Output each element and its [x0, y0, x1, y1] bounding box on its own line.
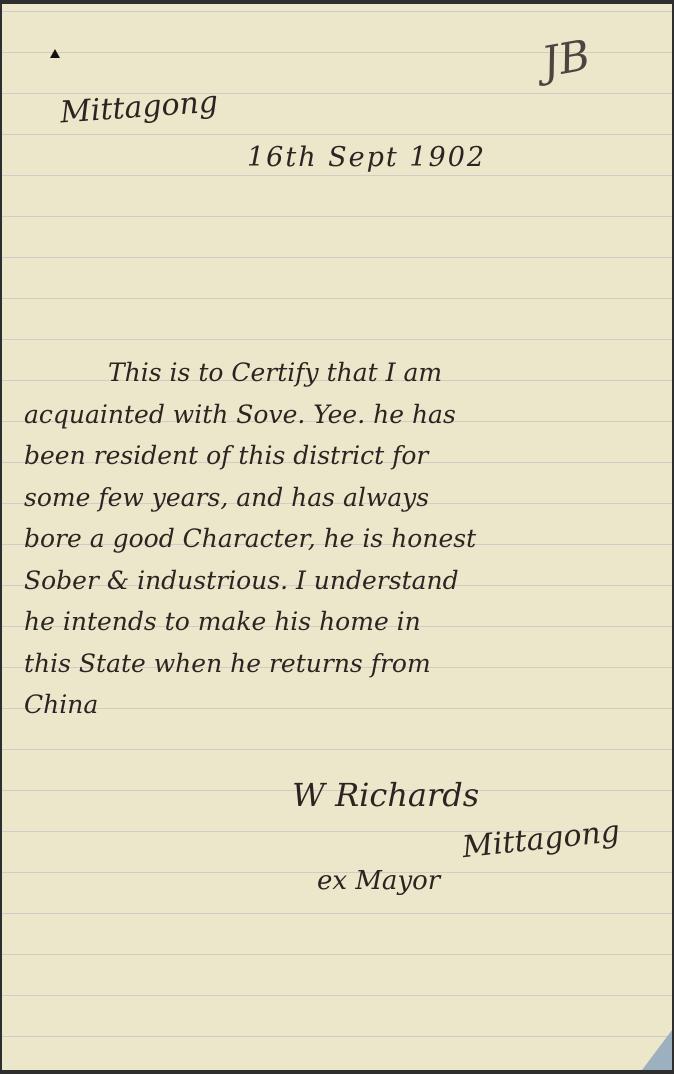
body-line: Sober & industrious. I understand — [24, 560, 476, 602]
body-line: he intends to make his home in — [24, 601, 476, 643]
signature-title: ex Mayor — [317, 866, 440, 896]
signature-name: W Richards — [292, 776, 479, 814]
letter-place: Mittagong — [59, 85, 219, 131]
page-corner — [642, 1030, 672, 1070]
letter-page: JB Mittagong 16th Sept 1902 This is to C… — [2, 4, 672, 1070]
body-line: bore a good Character, he is honest — [24, 518, 476, 560]
body-line: acquainted with Sove. Yee. he has — [24, 394, 476, 436]
signature-place: Mittagong — [461, 814, 622, 865]
letter-date: 16th Sept 1902 — [247, 142, 486, 173]
initials-annotation: JB — [538, 30, 593, 87]
body-line: been resident of this district for — [24, 435, 476, 477]
body-line: China — [24, 684, 476, 726]
body-line: some few years, and has always — [24, 477, 476, 519]
letter-body: This is to Certify that I am acquainted … — [24, 352, 476, 726]
body-line: This is to Certify that I am — [24, 352, 476, 394]
body-line: this State when he returns from — [24, 643, 476, 685]
ink-mark — [50, 49, 60, 58]
